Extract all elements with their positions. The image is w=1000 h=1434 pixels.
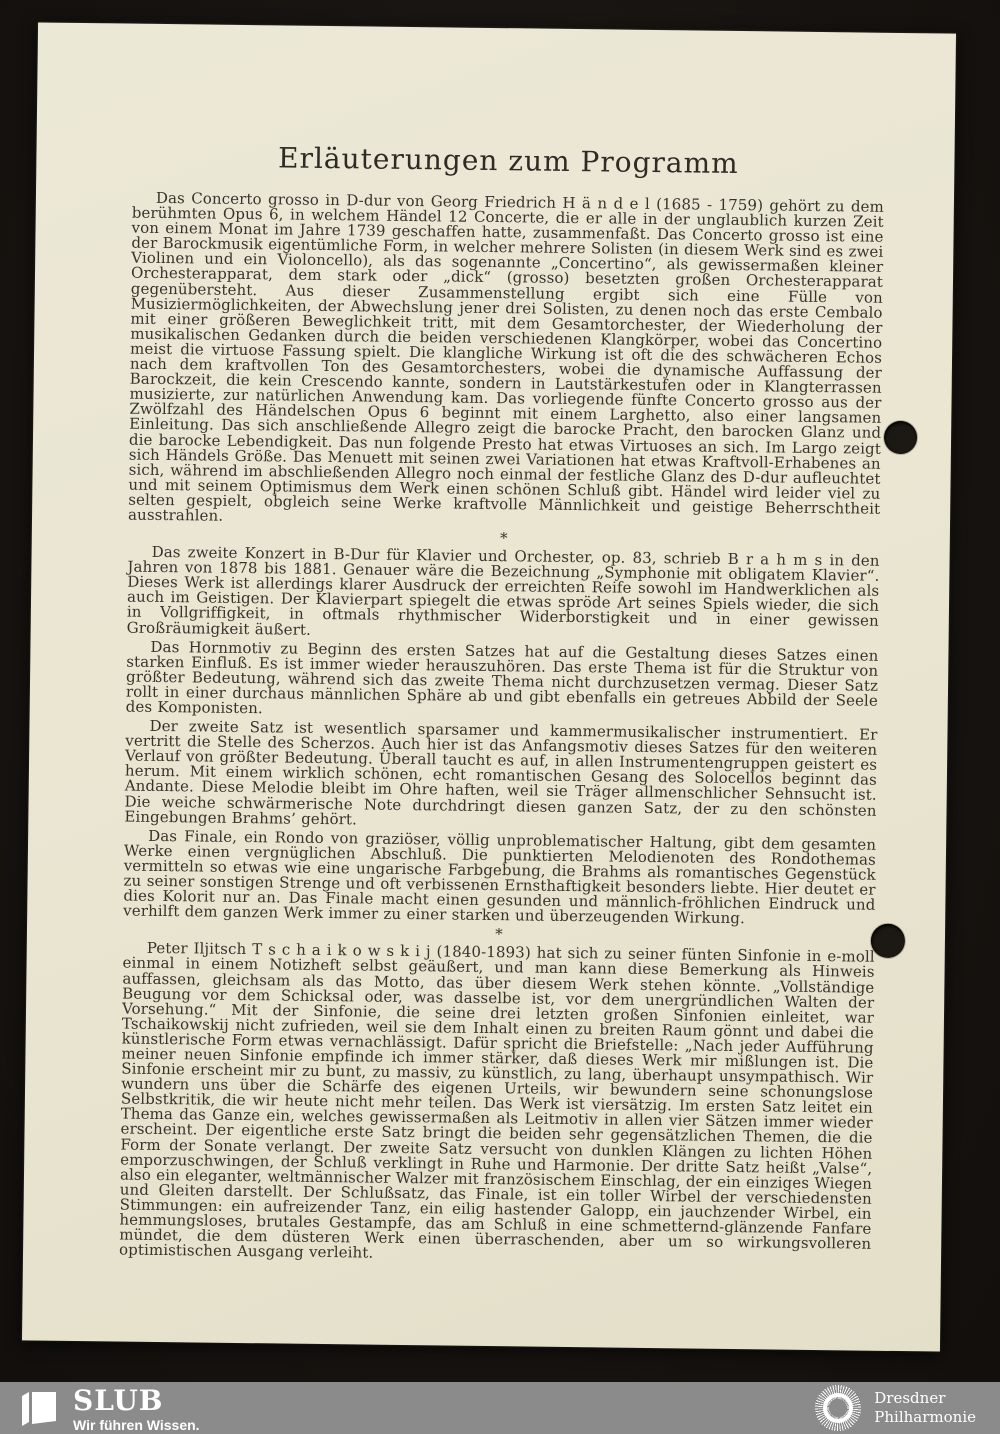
paragraph-brahms-second-movement: Der zweite Satz ist wesentlich sparsamer… xyxy=(124,719,877,834)
slub-text-block: SLUB Wir führen Wissen. xyxy=(73,1388,200,1433)
paragraph-brahms-intro: Das zweite Konzert in B-Dur für Klavier … xyxy=(127,545,880,645)
paragraph-tschaikowskij: Peter Iljitsch T s c h a i k o w s k i j… xyxy=(119,941,875,1267)
philharmonie-logo-block: Dresdner Philharmonie xyxy=(814,1384,980,1432)
slub-tagline: Wir führen Wissen. xyxy=(73,1417,200,1433)
scanned-document-page: Erläuterungen zum Programm Das Concerto … xyxy=(22,22,956,1351)
philharmonie-logo-text: Dresdner Philharmonie xyxy=(874,1389,976,1427)
paragraph-haendel: Das Concerto grosso in D-dur von Georg F… xyxy=(128,191,884,532)
punch-hole-top xyxy=(884,421,917,454)
slub-logo-text: SLUB xyxy=(73,1388,200,1414)
slub-logo-block: SLUB Wir führen Wissen. xyxy=(20,1384,200,1433)
page-title: Erläuterungen zum Programm xyxy=(132,140,884,182)
philharmonie-text-line2: Philharmonie xyxy=(874,1408,976,1427)
slub-book-icon xyxy=(20,1388,58,1428)
philharmonie-sunburst-icon xyxy=(814,1384,862,1432)
punch-hole-bottom xyxy=(871,924,905,958)
paragraph-brahms-finale: Das Finale, ein Rondo von graziöser, völ… xyxy=(123,828,876,928)
philharmonie-text-line1: Dresdner xyxy=(874,1389,976,1408)
document-text-column: Erläuterungen zum Programm Das Concerto … xyxy=(119,24,886,1267)
paragraph-brahms-first-movement: Das Hornmotiv zu Beginn des ersten Satze… xyxy=(126,639,879,724)
scan-background: Erläuterungen zum Programm Das Concerto … xyxy=(0,0,1000,1382)
library-watermark-bar: SLUB Wir führen Wissen. Dresdner Philhar… xyxy=(0,1382,1000,1434)
